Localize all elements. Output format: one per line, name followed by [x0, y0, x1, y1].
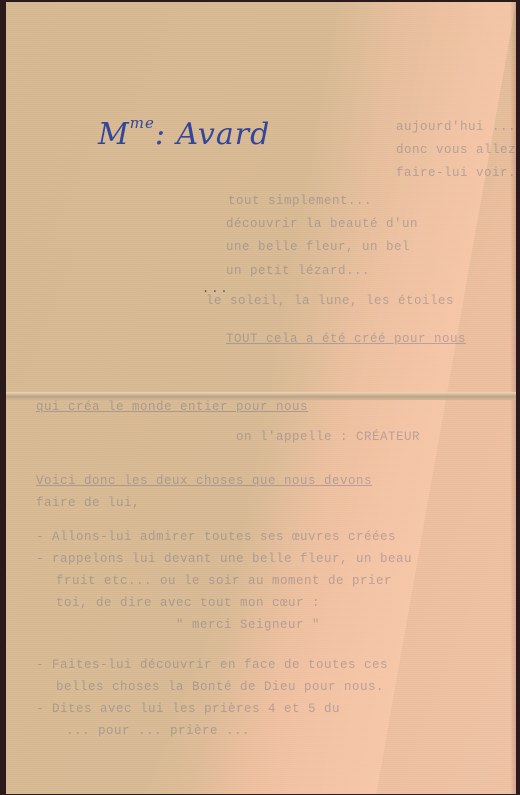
- text-line: - Allons-lui admirer toutes ses œuvres c…: [36, 530, 396, 544]
- text-line: découvrir la beauté d'un: [226, 217, 418, 231]
- text-line: aujourd'hui ...: [396, 120, 516, 134]
- text-line: belles choses la Bonté de Dieu pour nous…: [56, 680, 384, 694]
- text-line: donc vous allez: [396, 143, 516, 157]
- text-line: TOUT cela a été créé pour nous: [226, 332, 466, 346]
- handwritten-signature: Mme: Avard: [98, 114, 270, 152]
- signature-name: Avard: [176, 117, 270, 152]
- text-line: une belle fleur, un bel: [226, 240, 410, 254]
- text-line: fruit etc... ou le soir au moment de pri…: [56, 574, 392, 588]
- text-line: ... pour ... prière ...: [66, 724, 250, 738]
- document-page: Mme: Avard aujourd'hui ... donc vous all…: [6, 2, 516, 794]
- signature-prefix: M: [98, 117, 130, 152]
- text-line: faire de lui,: [36, 496, 140, 510]
- paper-fold: [6, 392, 516, 400]
- text-line: faire-lui voir...: [396, 166, 516, 180]
- text-line: Voici donc les deux choses que nous devo…: [36, 474, 372, 488]
- text-line: - rappelons lui devant une belle fleur, …: [36, 552, 412, 566]
- text-line: on l'appelle : CRÉATEUR: [236, 430, 420, 444]
- text-line: " merci Seigneur ": [176, 618, 320, 632]
- text-line: - Faites-lui découvrir en face de toutes…: [36, 658, 388, 672]
- text-line: qui créa le monde entier pour nous: [36, 400, 308, 414]
- text-line: tout simplement...: [228, 194, 372, 208]
- text-line: un petit lézard...: [226, 264, 370, 278]
- signature-superscript: me: [130, 114, 155, 132]
- text-line: le soleil, la lune, les étoiles: [206, 294, 454, 308]
- text-line: - Dites avec lui les prières 4 et 5 du: [36, 702, 340, 716]
- text-line: toi, de dire avec tout mon cœur :: [56, 596, 320, 610]
- signature-colon: :: [155, 117, 166, 152]
